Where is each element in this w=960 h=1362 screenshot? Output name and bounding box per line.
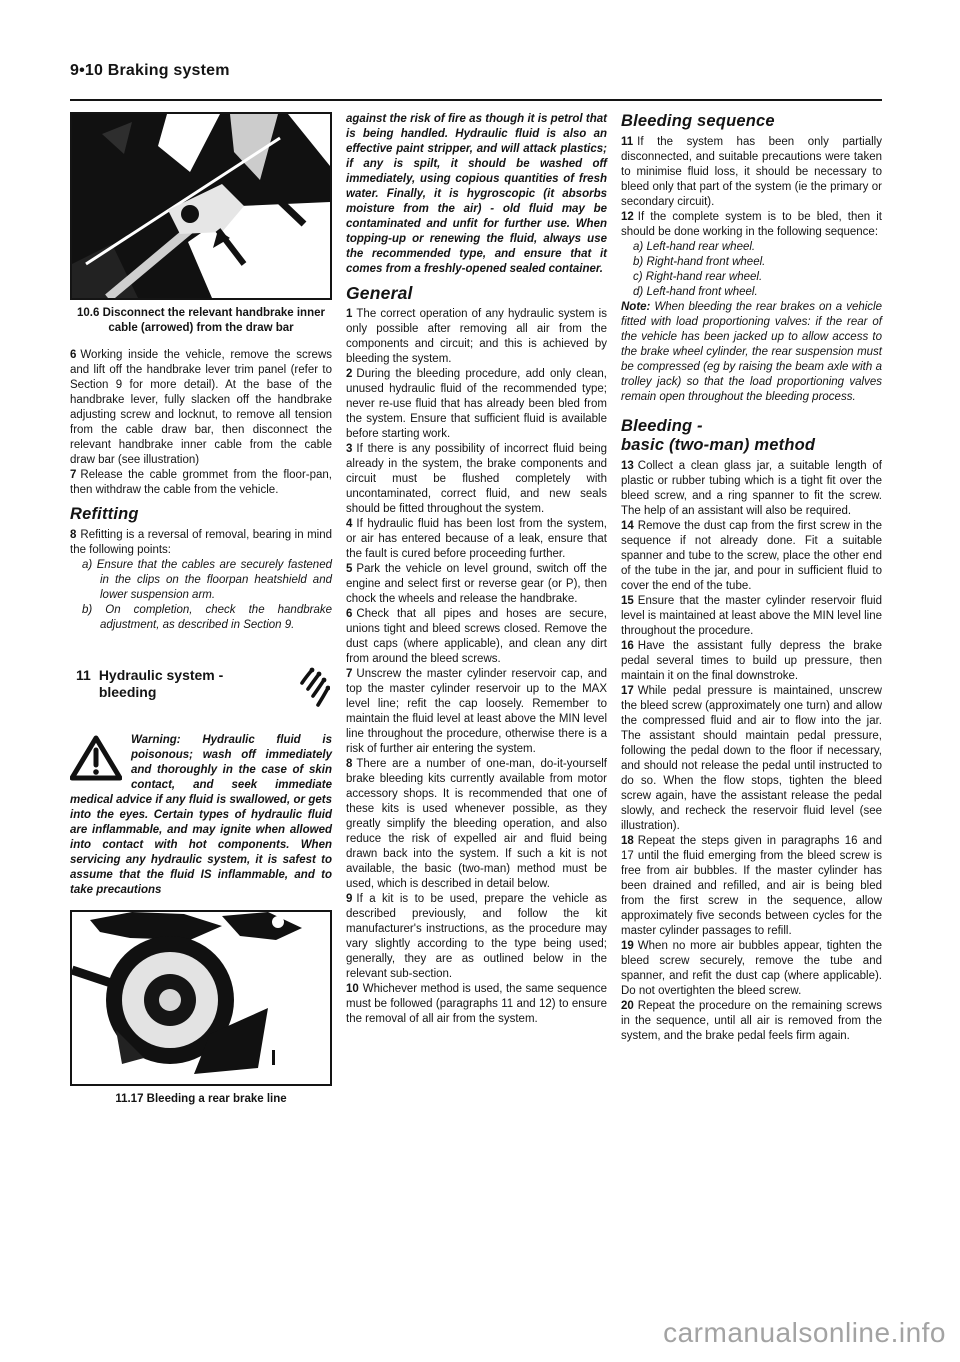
- paragraph-number: 5: [346, 563, 356, 575]
- list-text: Left-hand rear wheel.: [646, 241, 755, 253]
- paragraph-text: The correct operation of any hydraulic s…: [346, 308, 607, 365]
- paragraph-text: Repeat the procedure on the remaining sc…: [621, 1000, 882, 1042]
- paragraph-number: 7: [70, 469, 80, 481]
- paragraph-11: 11If the system has been only partially …: [621, 135, 882, 210]
- list-label: a): [82, 559, 92, 571]
- paragraph-text: Check that all pipes and hoses are secur…: [346, 608, 607, 665]
- brake-bleeding-photo: [70, 910, 332, 1086]
- sequence-item-a: a) Left-hand rear wheel.: [621, 240, 882, 255]
- warning-triangle-icon: [70, 735, 122, 781]
- paragraph-text: Collect a clean glass jar, a suitable le…: [621, 460, 882, 517]
- paragraph-9: 9If a kit is to be used, prepare the veh…: [346, 892, 607, 982]
- basic-method-heading: Bleeding - basic (two-man) method: [621, 417, 882, 455]
- paragraph-3: 3If there is any possibility of incorrec…: [346, 442, 607, 517]
- paragraph-text: Repeat the steps given in paragraphs 16 …: [621, 835, 882, 937]
- paragraph-number: 11: [621, 136, 637, 148]
- paragraph-number: 20: [621, 1000, 638, 1012]
- paragraph-number: 2: [346, 368, 356, 380]
- paragraph-7: 7Release the cable grommet from the floo…: [70, 468, 332, 498]
- paragraph-2: 2During the bleeding procedure, add only…: [346, 367, 607, 442]
- paragraph-number: 14: [621, 520, 638, 532]
- list-label: c): [633, 271, 643, 283]
- paragraph-text: Working inside the vehicle, remove the s…: [70, 349, 332, 466]
- paragraph-number: 12: [621, 211, 638, 223]
- paragraph-15: 15Ensure that the master cylinder reserv…: [621, 594, 882, 639]
- photo1-caption: 10.6 Disconnect the relevant handbrake i…: [74, 306, 328, 336]
- paragraph-17: 17While pedal pressure is maintained, un…: [621, 684, 882, 834]
- right-column: Bleeding sequence 11If the system has be…: [621, 112, 882, 1107]
- paragraph-text: Refitting is a reversal of removal, bear…: [70, 529, 332, 556]
- paragraph-number: 17: [621, 685, 638, 697]
- page-columns: 10.6 Disconnect the relevant handbrake i…: [70, 112, 882, 1107]
- note-label: Note:: [621, 301, 654, 313]
- general-heading: General: [346, 284, 607, 303]
- header-divider: [70, 99, 882, 101]
- paragraph-number: 3: [346, 443, 356, 455]
- paragraph-number: 1: [346, 308, 356, 320]
- paragraph-13: 13Collect a clean glass jar, a suitable …: [621, 459, 882, 519]
- paragraph-number: 6: [70, 349, 80, 361]
- warning-block: Warning: Hydraulic fluid is poisonous; w…: [70, 733, 332, 898]
- paragraph-19: 19When no more air bubbles appear, tight…: [621, 939, 882, 999]
- list-label: b): [82, 604, 92, 616]
- warning-label: Warning:: [131, 734, 181, 746]
- paragraph-text: Unscrew the master cylinder reservoir ca…: [346, 668, 607, 755]
- list-text: Ensure that the cables are securely fast…: [97, 559, 332, 601]
- paragraph-text: If hydraulic fluid has been lost from th…: [346, 518, 607, 560]
- warning-continuation: against the risk of fire as though it is…: [346, 112, 607, 277]
- paragraph-18: 18Repeat the steps given in paragraphs 1…: [621, 834, 882, 939]
- list-label: b): [633, 256, 643, 268]
- paragraph-text: Release the cable grommet from the floor…: [70, 469, 332, 496]
- sequence-item-b: b) Right-hand front wheel.: [621, 255, 882, 270]
- paragraph-number: 8: [346, 758, 356, 770]
- paragraph-16: 16Have the assistant fully depress the b…: [621, 639, 882, 684]
- paragraph-1: 1The correct operation of any hydraulic …: [346, 307, 607, 367]
- paragraph-14: 14Remove the dust cap from the first scr…: [621, 519, 882, 594]
- handbrake-cable-photo: [70, 112, 332, 300]
- paragraph-number: 19: [621, 940, 638, 952]
- note-text: When bleeding the rear brakes on a vehic…: [621, 301, 882, 403]
- paragraph-text: Park the vehicle on level ground, switch…: [346, 563, 607, 605]
- left-column: 10.6 Disconnect the relevant handbrake i…: [70, 112, 332, 1107]
- list-label: d): [633, 286, 643, 298]
- paragraph-number: 13: [621, 460, 638, 472]
- paragraph-4: 4If hydraulic fluid has been lost from t…: [346, 517, 607, 562]
- section-number: 11: [70, 667, 99, 684]
- paragraph-6m: 6Check that all pipes and hoses are secu…: [346, 607, 607, 667]
- bleeding-sequence-heading: Bleeding sequence: [621, 112, 882, 131]
- paragraph-text: While pedal pressure is maintained, unsc…: [621, 685, 882, 832]
- paragraph-text: When no more air bubbles appear, tighten…: [621, 940, 882, 997]
- paragraph-text: During the bleeding procedure, add only …: [346, 368, 607, 440]
- paragraph-number: 16: [621, 640, 638, 652]
- paragraph-8m: 8There are a number of one-man, do-it-yo…: [346, 757, 607, 892]
- list-text: On completion, check the handbrake adjus…: [100, 604, 332, 631]
- list-label: a): [633, 241, 643, 253]
- watermark: carmanualsonline.info: [663, 1316, 946, 1350]
- paragraph-text: Remove the dust cap from the first screw…: [621, 520, 882, 592]
- tools-icon: [296, 665, 330, 709]
- refit-list-item-b: b) On completion, check the handbrake ad…: [70, 603, 332, 633]
- paragraph-text: Whichever method is used, the same seque…: [346, 983, 607, 1025]
- paragraph-number: 4: [346, 518, 356, 530]
- paragraph-number: 10: [346, 983, 363, 995]
- paragraph-text: Have the assistant fully depress the bra…: [621, 640, 882, 682]
- paragraph-text: If there is any possibility of incorrect…: [346, 443, 607, 515]
- sequence-item-c: c) Right-hand rear wheel.: [621, 270, 882, 285]
- paragraph-8: 8Refitting is a reversal of removal, bea…: [70, 528, 332, 558]
- paragraph-number: 9: [346, 893, 356, 905]
- section-title: Hydraulic system - bleeding: [99, 667, 290, 701]
- paragraph-text: There are a number of one-man, do-it-you…: [346, 758, 607, 890]
- note-paragraph: Note:When bleeding the rear brakes on a …: [621, 300, 882, 405]
- list-text: Right-hand front wheel.: [646, 256, 765, 268]
- refit-list-item-a: a) Ensure that the cables are securely f…: [70, 558, 332, 603]
- photo2-caption: 11.17 Bleeding a rear brake line: [74, 1092, 328, 1107]
- paragraph-text: Ensure that the master cylinder reservoi…: [621, 595, 882, 637]
- paragraph-6: 6Working inside the vehicle, remove the …: [70, 348, 332, 468]
- refitting-heading: Refitting: [70, 505, 332, 524]
- paragraph-20: 20Repeat the procedure on the remaining …: [621, 999, 882, 1044]
- paragraph-7m: 7Unscrew the master cylinder reservoir c…: [346, 667, 607, 757]
- paragraph-text: If the system has been only partially di…: [621, 136, 882, 208]
- paragraph-number: 6: [346, 608, 356, 620]
- paragraph-text: If the complete system is to be bled, th…: [621, 211, 882, 238]
- paragraph-10: 10Whichever method is used, the same seq…: [346, 982, 607, 1027]
- paragraph-number: 15: [621, 595, 638, 607]
- paragraph-text: If a kit is to be used, prepare the vehi…: [346, 893, 607, 980]
- list-text: Right-hand rear wheel.: [646, 271, 762, 283]
- paragraph-5: 5Park the vehicle on level ground, switc…: [346, 562, 607, 607]
- paragraph-number: 18: [621, 835, 638, 847]
- page-header: 9•10 Braking system: [70, 62, 230, 80]
- paragraph-number: 7: [346, 668, 356, 680]
- sequence-item-d: d) Left-hand front wheel.: [621, 285, 882, 300]
- middle-column: against the risk of fire as though it is…: [346, 112, 607, 1107]
- paragraph-number: 8: [70, 529, 80, 541]
- section-11-header: 11 Hydraulic system - bleeding: [70, 667, 332, 709]
- paragraph-12: 12If the complete system is to be bled, …: [621, 210, 882, 240]
- list-text: Left-hand front wheel.: [646, 286, 757, 298]
